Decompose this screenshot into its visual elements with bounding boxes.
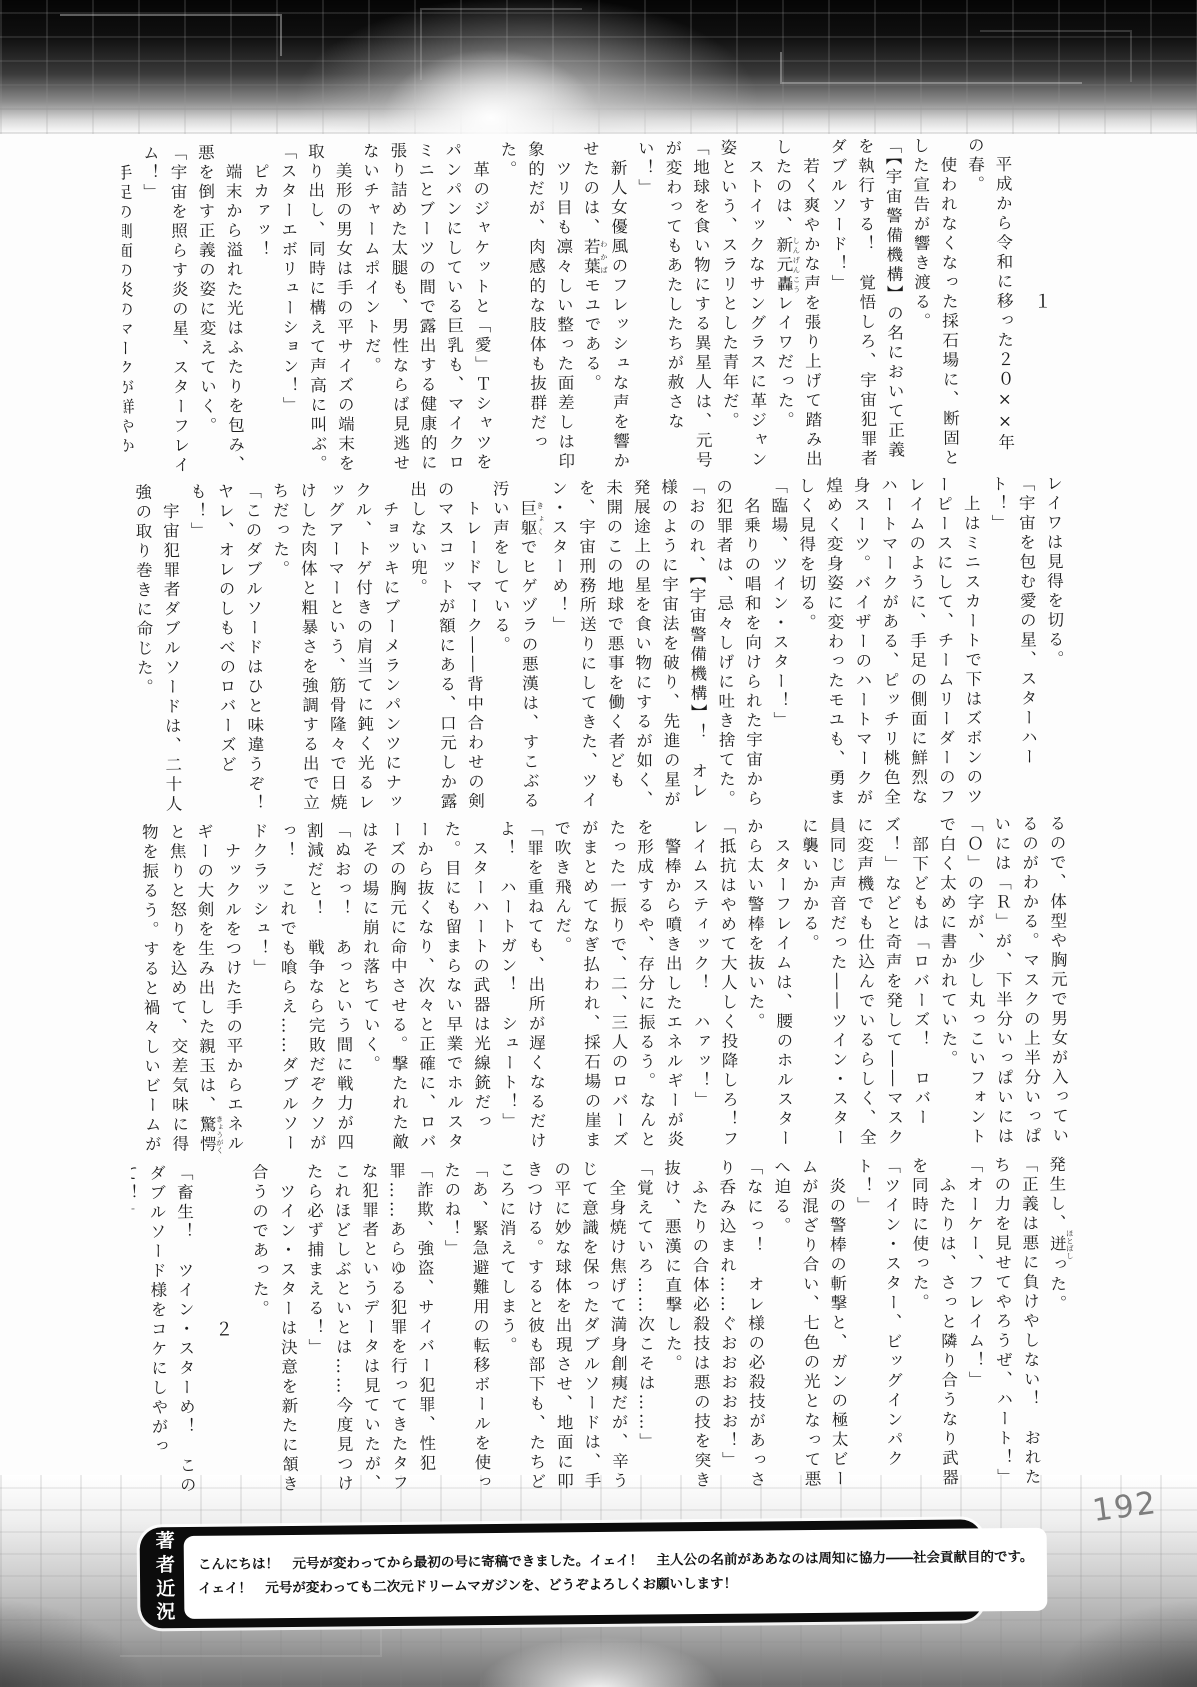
ruby-text: ほとばし xyxy=(1065,1229,1074,1259)
paragraph: 炎の警棒の斬撃と、ガンの極太ビームが混ざり合い、七色の光となって悪へ迫る。 xyxy=(767,1158,853,1491)
paragraph: 全身焼け焦げて満身創痍だが、辛うじて意識を保ったダブルソードは、手の平に妙な球体… xyxy=(492,1160,633,1493)
paragraph: 名乗りの唱和を向けられた宇宙からの犯罪者は、忌々しげに吐き捨てた。 xyxy=(709,477,767,810)
ruby-annotation: 新元轟しんげんこう xyxy=(774,236,794,295)
paragraph: ナックルをつけた手の平からエネルギーの大剣を生み出した親玉は、驚愕きょうがくと焦… xyxy=(135,822,248,1155)
author-note-box: こんにちは！ 元号が変わってから最初の号に寄稿できました。イェイ！ 主人公の名前… xyxy=(184,1528,1048,1619)
text-run xyxy=(518,480,537,500)
page-sheet: １ 平成から令和に移った２０××年の春。 使われなくなった採石場に、断固とした宣… xyxy=(0,0,1197,1687)
paragraph: 「ぬおっ！ あっという間に戦力が四割減だと！ 戦争なら完敗だぞクソがっ！ これで… xyxy=(245,821,358,1154)
paragraph: 「臨場、ツイン・スター！」 xyxy=(764,477,795,809)
text-run: レイワだった。 xyxy=(774,294,794,431)
text-band-4: 発生し、迸ほとばしった。 「正義は悪に負けやしない！ おれたちの力を見せてやろう… xyxy=(131,1153,1076,1502)
ruby-annotation: 迸ほとばし xyxy=(1047,1234,1066,1256)
ruby-base: 驚愕 xyxy=(197,1115,216,1154)
ruby-annotation: 巨躯きょく xyxy=(518,499,537,538)
paragraph: 「宇宙を照らす炎の星、スターフレイム！」 xyxy=(136,144,194,477)
author-note-label: 著者近況 xyxy=(140,1530,177,1625)
paragraph: 「あ、緊急避難用の転移ボールを使ったのね！」 xyxy=(437,1161,495,1494)
section-number: ２ xyxy=(197,1163,248,1495)
paragraph: 「おのれ、【宇宙警備機構】！ オレ様のように宇宙法を破り、先進の星が発展途上の星… xyxy=(544,478,712,812)
paragraph: チョッキにブーメランパンツにナックル、トゲ付きの肩当てに鈍く光るレッグアーマーと… xyxy=(266,481,407,814)
paragraph: 使われなくなった採石場に、断固とした宣告が響き渡る。 xyxy=(906,136,964,469)
text-run: った。 xyxy=(1047,1256,1067,1315)
text-run: と焦りと怒りを込めて、交差気味に得物を振るう。すると禍々しいビームが xyxy=(139,823,189,1155)
paragraph: 警棒から噴き出したエネルギーが炎を形成するや、存分に振るう。なんとたった一振りで… xyxy=(547,818,688,1151)
paragraph: 「宇宙を包む愛の星、スターハート！」 xyxy=(984,475,1042,808)
paragraph: レイワは見得を切る。 xyxy=(1039,474,1070,806)
paragraph: ピカァッ！ xyxy=(246,143,277,475)
paragraph: ふたりの合体必殺技は悪の技を突き抜け、悪漢に直撃した。 xyxy=(657,1159,715,1492)
paragraph: 「ツイン・スター、ビッグインパクト！」 xyxy=(850,1157,908,1490)
paragraph: 「畜生！ ツイン・スターめ！ このダブルソード様をコケにしやがって！」 xyxy=(131,1164,200,1497)
ruby-base: 若葉 xyxy=(581,237,600,276)
paragraph: るので、体型や胸元で男女が入っているのがわかる。マスクの上半分いっぱいには「Ｒ」… xyxy=(932,814,1073,1147)
paragraph: 巨躯きょくでヒゲヅラの悪漢は、すこぶる汚い声をしている。 xyxy=(486,480,548,813)
ruby-text: きょく xyxy=(536,499,545,538)
paragraph: 若く爽やかな声を張り上げて踏み出したのは、新元轟しんげんこうレイワだった。 xyxy=(768,138,826,471)
paragraph: 「正義は悪に負けやしない！ おれたちの力を見せてやろうぜ、ハート！」 xyxy=(987,1156,1045,1489)
paragraph: 「このダブルソードはひと味違うぞ！ヤレ、オレのしもべのロバーズども！」 xyxy=(183,482,269,815)
paragraph: 「覚えていろ……次こそは……」 xyxy=(630,1159,661,1491)
paragraph: 新人女優風のフレッシュな声を響かせたのは、若葉わかばモユである。 xyxy=(576,140,634,473)
paragraph: 革のジャケットと「愛」Ｔシャツをパンパンにしている巨乳も、マイクロミニとブーツの… xyxy=(356,141,497,474)
ruby-text: わかば xyxy=(599,237,608,276)
ruby-base: 新元轟 xyxy=(774,236,794,295)
paragraph: ふたりは、さっと隣り合うなり武器を同時に使った。 xyxy=(905,1157,963,1490)
paragraph: 「抵抗はやめて大人しく投降しろ！フレイムスティック！ ハァッ！」 xyxy=(685,818,743,1151)
paragraph: 端末から溢れた光はふたりを包み、悪を倒す正義の姿に変えていく。 xyxy=(191,143,249,476)
paragraph: 「スターエボリューション！」 xyxy=(273,143,304,475)
paragraph: 「【宇宙警備機構】の名において正義を執行する！ 覚悟しろ、宇宙犯罪者ダブルソード… xyxy=(823,137,909,470)
text-run: モユである。 xyxy=(582,276,602,393)
paragraph: 上はミニスカートで下はズボンのツーピースにして、チームリーダーのフレイムのように… xyxy=(791,475,987,809)
paragraph: 宇宙犯罪者ダブルソードは、二十人強の取り巻きに命じた。 xyxy=(128,483,186,816)
text-band-1: １ 平成から令和に移った２０××年の春。 使われなくなった採石場に、断固とした宣… xyxy=(121,134,1066,483)
paragraph: ツイン・スターは決意を新たに頷き合うのであった。 xyxy=(245,1163,303,1496)
paragraph: 「詐欺、強盗、サイバー犯罪、性犯罪……あらゆる犯罪を行ってきたタフな犯罪者という… xyxy=(300,1162,441,1495)
paragraph: ストイックなサングラスに革ジャン姿という、スラリとした青年だ。 xyxy=(713,138,771,471)
ruby-base: 巨躯 xyxy=(518,499,537,538)
paragraph: 「オーケー、フレイム！」 xyxy=(960,1156,991,1488)
paragraph: 美形の男女は手の平サイズの端末を取り出し、同時に構えて声高に叫ぶ。 xyxy=(301,142,359,475)
scanned-novel-page: { "page_number": "192", "colors": { "ink… xyxy=(0,0,1197,1687)
paragraph: スターフレイムは、腰のホルスターから太い警棒を抜いた。 xyxy=(740,817,798,1150)
paragraph: 部下どもは「ロバーズ！ ロバーズ！」などと奇声を発して――マスクに変声機でも仕込… xyxy=(795,816,936,1149)
author-note-bar: 著者近況 こんにちは！ 元号が変わってから最初の号に寄稿できました。イェイ！ 主… xyxy=(140,1519,984,1628)
text-run: 発生し、 xyxy=(1047,1156,1067,1234)
paragraph: 「罪を重ねても、出所が遅くなるだけよ！ ハートガン！ シュート！」 xyxy=(492,819,550,1152)
text-run: ナックルをつけた手の平からエネルギーの大剣を生み出した親玉は、 xyxy=(194,822,244,1154)
paragraph: トレードマーク――背中合わせの剣のマスコットが額にある、口元しか露出しない兜。 xyxy=(403,480,489,813)
ruby-text: しんげんこう xyxy=(792,236,802,295)
page-number: 192 xyxy=(1090,1485,1159,1529)
paragraph: 「地球を食い物にする異星人は、元号が変わってもあたしたちが赦さない！」 xyxy=(631,139,717,472)
paragraph: ツリ目も凛々しい整った面差しは印象的だが、肉感的な肢体も抜群だった。 xyxy=(493,140,579,473)
paragraph: 平成から令和に移った２０××年の春。 xyxy=(961,136,1019,469)
paragraph: 発生し、迸ほとばしった。 xyxy=(1042,1155,1076,1487)
section-number: １ xyxy=(1016,136,1067,468)
text-band-2: レイワは見得を切る。 「宇宙を包む愛の星、スターハート！」 上はミニスカートで下… xyxy=(125,472,1070,821)
paragraph: スターハートの武器は光線銃だった。目にも留まらない早業でホルスターから抜くなり、… xyxy=(355,820,496,1153)
paragraph: 「なにっ！ オレ様の必殺技があっさり呑み込まれ……ぐおおおおお！」 xyxy=(712,1158,770,1491)
ruby-annotation: 驚愕きょうがく xyxy=(197,1115,216,1154)
text-band-3: るので、体型や胸元で男女が入っているのがわかる。マスクの上半分いっぱいには「Ｒ」… xyxy=(128,812,1073,1161)
ruby-annotation: 若葉わかば xyxy=(581,237,600,276)
ruby-text: きょうがく xyxy=(215,1115,224,1154)
